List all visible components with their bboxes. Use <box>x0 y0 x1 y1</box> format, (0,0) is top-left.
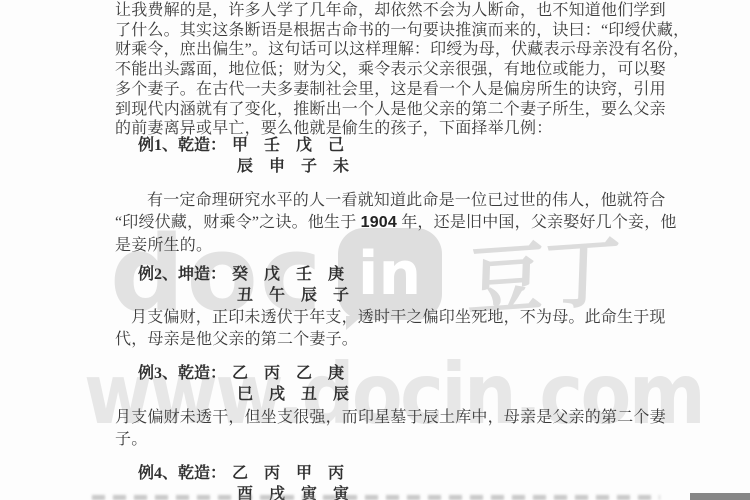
birth-year: 1904 <box>361 214 397 231</box>
comment-line: 月支偏财，正印未透伏于年支，透时干之偏印坐死地，不为母。此命生于现 <box>115 307 671 329</box>
intro-line: 让我费解的是，许多人学了几年命，却依然不会为人断命，也不知道他们学到 <box>115 1 671 21</box>
cutoff-text-smudge <box>92 495 660 500</box>
example-1-heading: 例1、乾造： <box>138 137 226 154</box>
example-2-heading: 例2、坤造： <box>138 266 226 283</box>
example-3-chart: 例3、乾造：乙 丙 乙 庚 巳 戌 丑 辰 <box>138 364 350 405</box>
example-1-stems: 甲 壬 戊 己 <box>232 137 345 154</box>
comment-line: 代，母亲是他父亲的第二个妻子。 <box>115 329 671 351</box>
bottom-right-gray-bar <box>690 493 750 500</box>
comment-line: 子。 <box>115 429 671 451</box>
example-3-pillar-row: 例3、乾造：乙 丙 乙 庚 <box>138 364 350 385</box>
intro-line: 到现代内涵就有了变化，推断出一个人是他父亲的第二个妻子所生，要么父亲 <box>115 100 671 120</box>
example-4-stems: 乙 丙 甲 丙 <box>232 465 345 482</box>
example-2-stems: 癸 戊 壬 庚 <box>232 266 345 283</box>
example-1-pillar-row: 例1、乾造：甲 壬 戊 己 <box>138 136 350 157</box>
example-2-comment: 月支偏财，正印未透伏于年支，透时干之偏印坐死地，不为母。此命生于现 代，母亲是他… <box>115 307 671 351</box>
example-2-chart: 例2、坤造：癸 戊 壬 庚 丑 午 辰 子 <box>138 265 350 306</box>
comment-line: “印绶伏藏，财乘令”之诀。他生于 1904 年，还是旧中国，父亲娶好几个妾，他 <box>115 212 671 234</box>
example-4-heading: 例4、乾造： <box>138 465 226 482</box>
example-3-comment: 月支偏财未透干，但坐支很强，而印星墓于辰土库中，母亲是父亲的第二个妻 子。 <box>115 407 671 451</box>
example-2-pillar-row: 例2、坤造：癸 戊 壬 庚 <box>138 265 350 286</box>
example-1-comment: 有一定命理研究水平的人一看就知道此命是一位已过世的伟人，他就符合 “印绶伏藏，财… <box>115 190 671 257</box>
example-2-branches: 丑 午 辰 子 <box>237 286 350 307</box>
example-3-stems: 乙 丙 乙 庚 <box>232 365 345 382</box>
intro-line: 多个妻子。在古代一夫多妻制社会里，这是看一个人是偏房所生的诀窍，引用 <box>115 80 671 100</box>
comment-line: 有一定命理研究水平的人一看就知道此命是一位已过世的伟人，他就符合 <box>115 190 671 212</box>
comment-text: 年，还是旧中国，父亲娶好几个妾，他 <box>397 214 677 231</box>
example-4-pillar-row: 例4、乾造：乙 丙 甲 丙 <box>138 464 350 485</box>
intro-paragraph: 让我费解的是，许多人学了几年命，却依然不会为人断命，也不知道他们学到 了什么。其… <box>115 1 671 139</box>
example-3-branches: 巳 戌 丑 辰 <box>237 385 350 406</box>
example-1-branches: 辰 申 子 未 <box>237 157 350 178</box>
scanned-document-page: doc in 豆丁 www.docin.com 让我费解的是，许多人学了几年命，… <box>0 0 750 500</box>
comment-line: 月支偏财未透干，但坐支很强，而印星墓于辰土库中，母亲是父亲的第二个妻 <box>115 407 671 429</box>
comment-line: 是妾所生的。 <box>115 235 671 257</box>
intro-line: 不能出头露面，地位低；财为父，乘令表示父亲很强，有地位或能力，可以娶 <box>115 60 671 80</box>
intro-line: 了什么。其实这条断语是根据古命书的一句要诀推演而来的，诀曰：“印绶伏藏， <box>115 21 671 41</box>
comment-text: “印绶伏藏，财乘令”之诀。他生于 <box>115 214 361 231</box>
example-3-heading: 例3、乾造： <box>138 365 226 382</box>
example-1-chart: 例1、乾造：甲 壬 戊 己 辰 申 子 未 <box>138 136 350 177</box>
intro-line: 财乘令，庶出偏生”。这句话可以这样理解：印绶为母，伏藏表示母亲没有名份， <box>115 40 671 60</box>
